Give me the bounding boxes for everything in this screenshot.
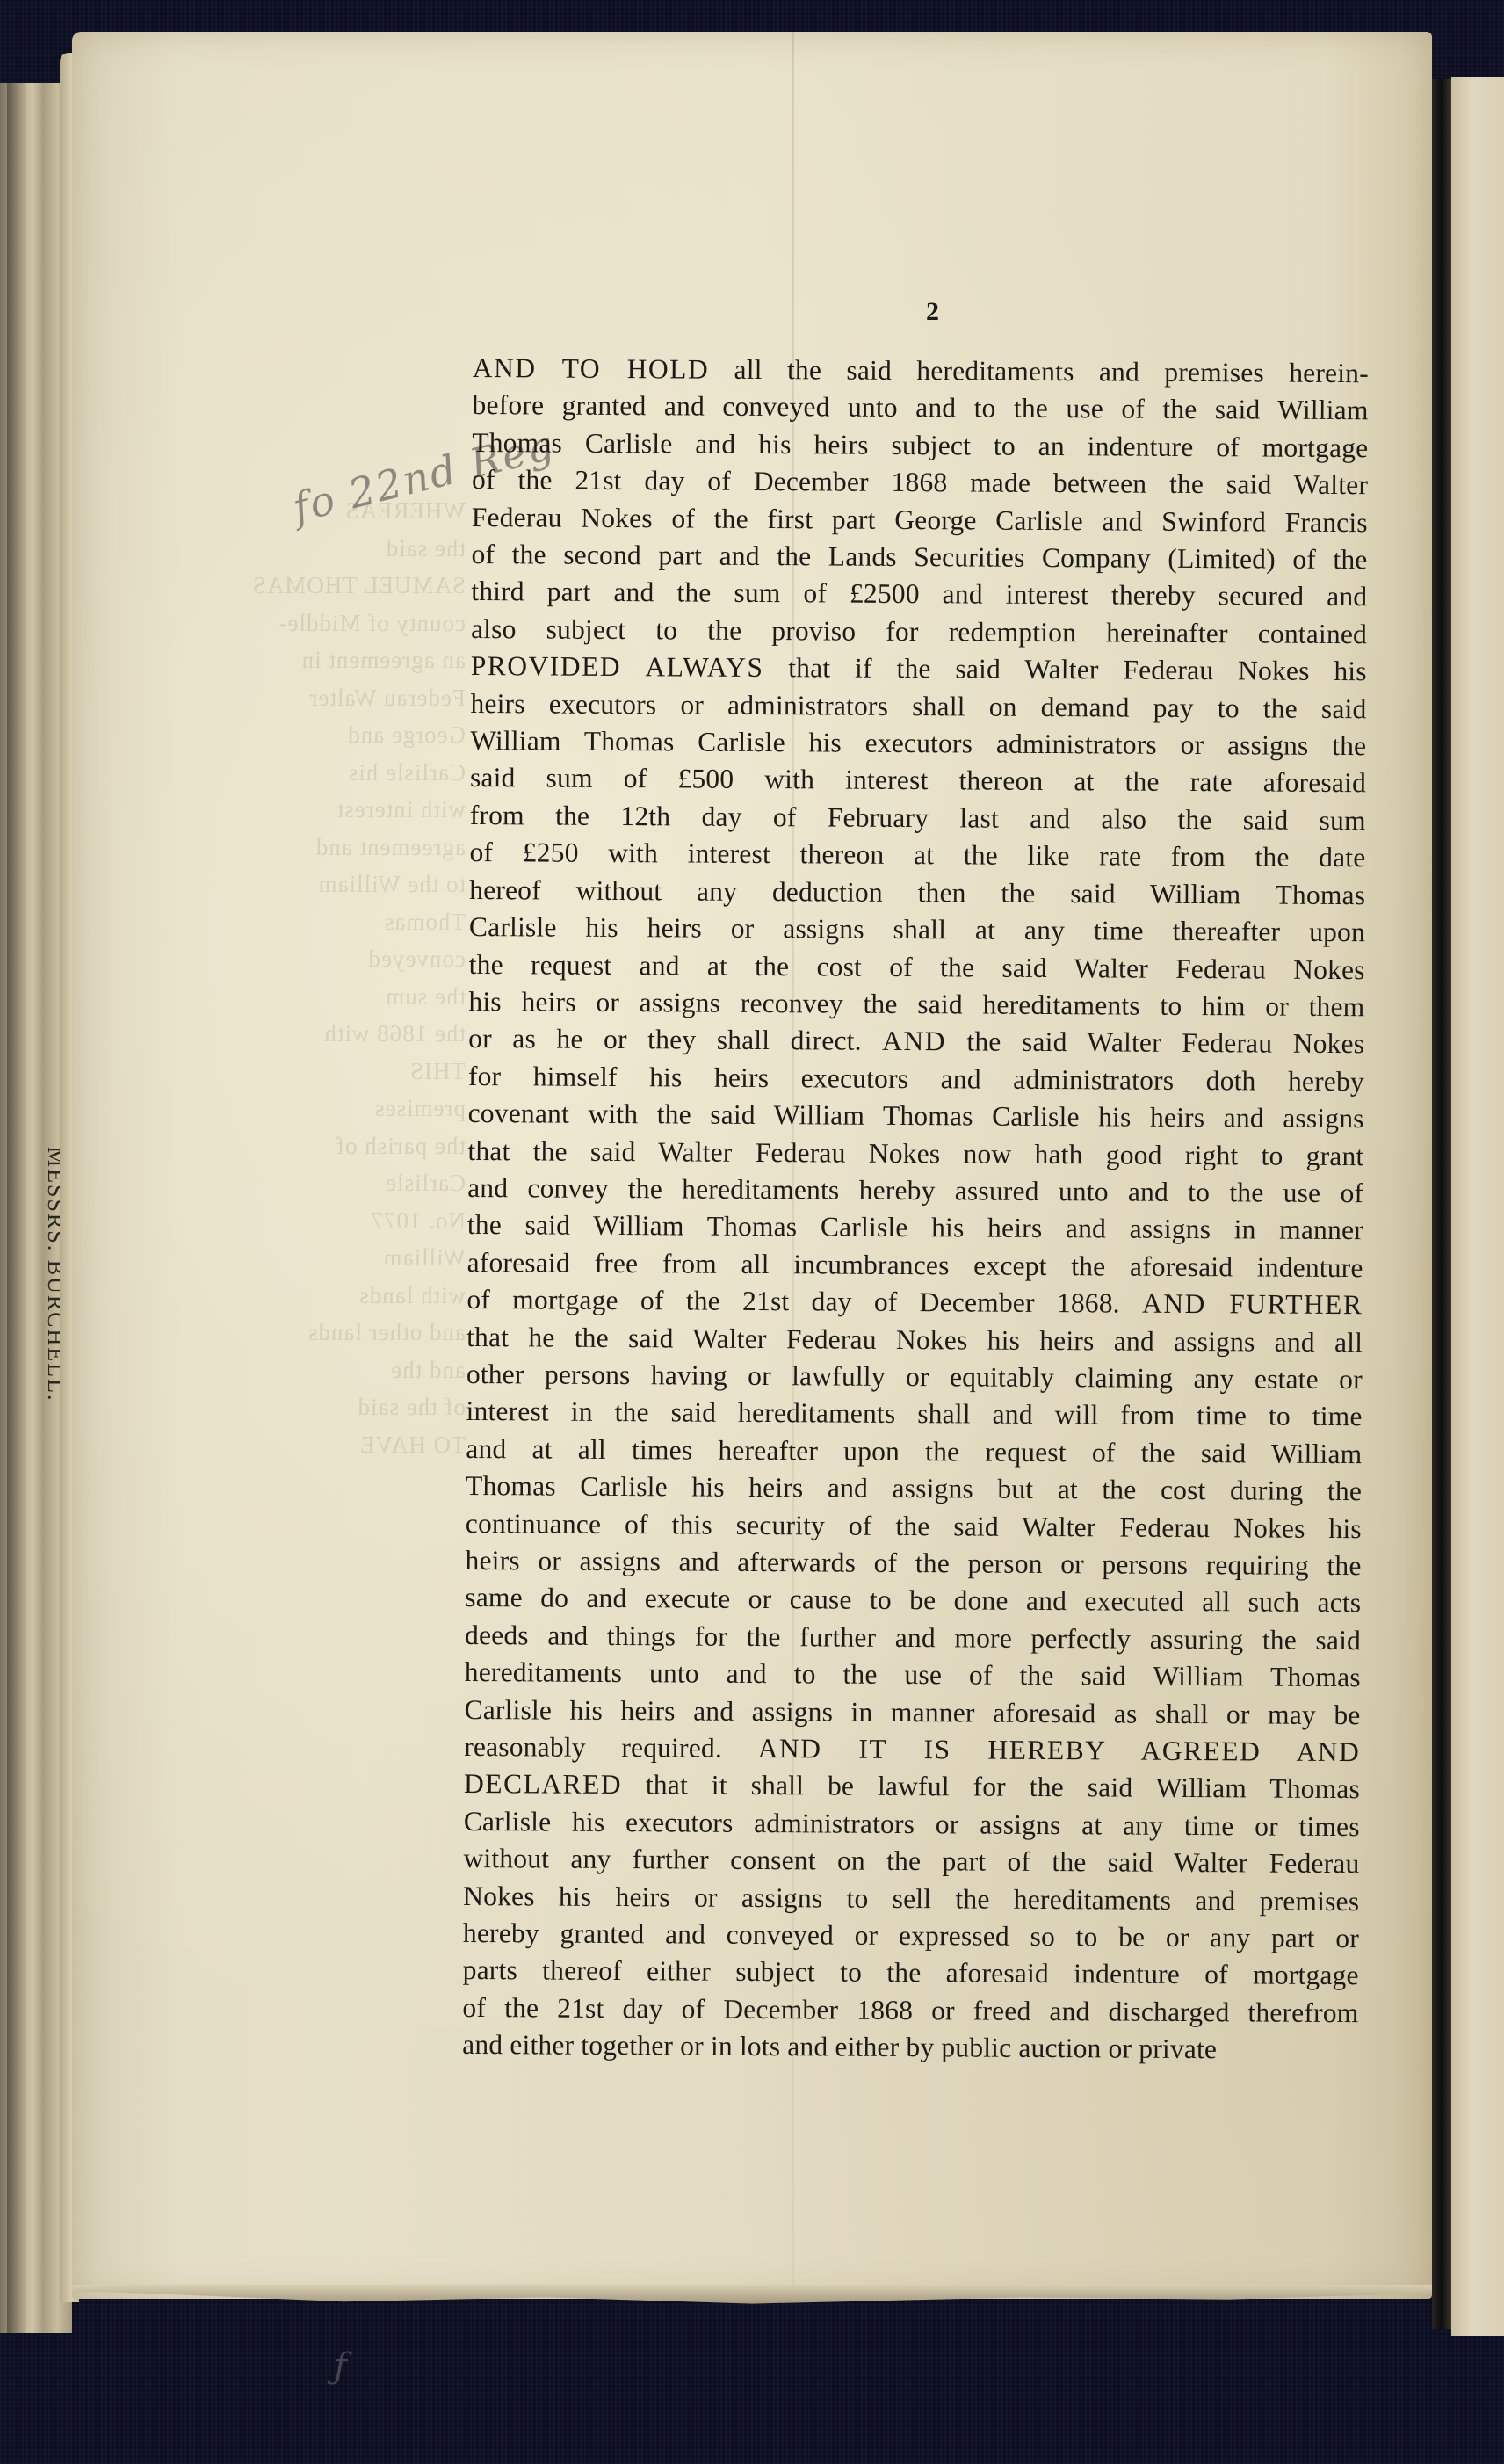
text-segment: heirs or assigns and afterwards of the p… (465, 1545, 1361, 1581)
text-line: that the said Walter Federau Nokes now h… (467, 1133, 1363, 1176)
pencil-mark: ƒ (334, 2346, 347, 2387)
page-fold-shadow (7, 83, 26, 2333)
text-segment: and convey the hereditaments hereby assu… (467, 1172, 1363, 1208)
text-segment: of the 21st day of December 1868 made be… (472, 464, 1368, 500)
ghost-line: county of Middle- (176, 605, 466, 642)
text-line: of mortgage of the 21st day of December … (466, 1281, 1363, 1324)
text-segment: aforesaid free from all incumbrances exc… (467, 1247, 1363, 1283)
text-line: hereditaments unto and to the use of the… (465, 1654, 1361, 1697)
ghost-line: Federau Walter (176, 679, 466, 717)
text-segment: also subject to the proviso for redempti… (471, 613, 1367, 649)
ghost-line: an agreement in (176, 641, 466, 679)
text-line: hereof without any deduction then the sa… (469, 872, 1365, 915)
text-line: other persons having or lawfully or equi… (466, 1356, 1363, 1399)
text-segment: heirs executors or administrators shall … (470, 688, 1366, 724)
text-segment: or as he or they shall direct. (468, 1023, 882, 1056)
text-line: Carlisle his executors administrators or… (464, 1803, 1360, 1846)
ghost-line: No. 1077 (176, 1202, 466, 1240)
text-segment: that it shall be lawful for the said Wil… (622, 1770, 1360, 1805)
text-segment: that the said Walter Federau Nokes now h… (467, 1135, 1363, 1171)
ghost-line: Thomas (176, 903, 466, 941)
text-segment: for himself his heirs executors and admi… (468, 1061, 1364, 1097)
text-line: of the 21st day of December 1868 made be… (472, 461, 1368, 504)
ghost-line: TO HAVE (176, 1426, 466, 1464)
text-segment: the said Walter Federau Nokes (946, 1026, 1364, 1060)
text-line: covenant with the said William Thomas Ca… (468, 1095, 1364, 1138)
text-segment: interest in the said hereditaments shall… (466, 1395, 1363, 1431)
ghost-line: THIS (176, 1053, 466, 1091)
text-line: the request and at the cost of the said … (469, 946, 1365, 989)
text-segment: Thomas Carlisle and his heirs subject to… (472, 427, 1368, 463)
text-line: for himself his heirs executors and admi… (468, 1058, 1364, 1101)
text-segment: Carlisle his heirs and assigns in manner… (464, 1694, 1360, 1730)
text-segment: parts thereof either subject to the afor… (463, 1954, 1359, 1990)
text-line: Nokes his heirs or assigns to sell the h… (463, 1878, 1359, 1921)
text-line: from the 12th day of February last and a… (470, 797, 1366, 840)
text-line: and convey the hereditaments hereby assu… (467, 1170, 1363, 1213)
text-segment: and either together or in lots and eithe… (462, 2029, 1217, 2064)
text-line: and either together or in lots and eithe… (462, 2026, 1358, 2069)
text-line: of £250 with interest thereon at the lik… (469, 834, 1365, 877)
text-line: interest in the said hereditaments shall… (466, 1393, 1362, 1436)
text-line: same do and execute or cause to be done … (465, 1579, 1361, 1622)
emphasized-caps-text: AND TO HOLD (473, 352, 710, 385)
text-line: heirs executors or administrators shall … (470, 685, 1366, 728)
text-segment: hereof without any deduction then the sa… (469, 874, 1365, 910)
emphasized-caps-text: DECLARED (464, 1768, 622, 1800)
text-line: or as he or they shall direct. AND the s… (468, 1020, 1364, 1063)
next-page-edge (1451, 77, 1504, 2336)
text-segment: Federau Nokes of the first part George C… (472, 502, 1368, 538)
text-line: reasonably required. AND IT IS HEREBY AG… (464, 1728, 1360, 1772)
text-line: continuance of this security of the said… (466, 1505, 1362, 1548)
text-line: hereby granted and conveyed or expressed… (463, 1915, 1359, 1958)
text-segment: the request and at the cost of the said … (469, 948, 1365, 984)
ghost-line: premises (176, 1090, 466, 1127)
text-segment: of the second part and the Lands Securit… (471, 539, 1367, 575)
text-line: DECLARED that it shall be lawful for the… (464, 1765, 1360, 1808)
text-line: deeds and things for the further and mor… (465, 1617, 1361, 1660)
text-segment: Nokes his heirs or assigns to sell the h… (463, 1881, 1359, 1917)
text-segment: deeds and things for the further and mor… (465, 1620, 1361, 1656)
ghost-line: conveyed (176, 940, 466, 978)
text-segment: that he the said Walter Federau Nokes hi… (466, 1322, 1363, 1358)
text-segment: said sum of £500 with interest thereon a… (470, 762, 1366, 798)
text-line: before granted and conveyed unto and to … (472, 387, 1368, 430)
text-segment: hereditaments unto and to the use of the… (465, 1656, 1361, 1692)
show-through-text: WHEREASthe saidSAMUEL THOMAScounty of Mi… (176, 492, 466, 1463)
text-segment: third part and the sum of £2500 and inte… (471, 576, 1367, 612)
text-segment: hereby granted and conveyed or expressed… (463, 1917, 1359, 1953)
text-segment: same do and execute or cause to be done … (465, 1582, 1361, 1618)
text-line: parts thereof either subject to the afor… (463, 1952, 1359, 1995)
text-line: aforesaid free from all incumbrances exc… (467, 1244, 1363, 1287)
text-segment: other persons having or lawfully or equi… (466, 1359, 1363, 1395)
text-line: William Thomas Carlisle his executors ad… (470, 722, 1366, 765)
ghost-line: the sum (176, 978, 466, 1016)
ghost-line: the said (176, 530, 466, 568)
text-line: Thomas Carlisle his heirs and assigns bu… (466, 1468, 1362, 1511)
ghost-line: to the William (176, 866, 466, 903)
text-segment: all the said hereditaments and premises … (709, 354, 1369, 389)
ghost-line: and the (176, 1352, 466, 1389)
text-line: PROVIDED ALWAYS that if the said Walter … (471, 648, 1367, 691)
emphasized-caps-text: AND IT IS HEREBY AGREED AND (758, 1733, 1361, 1767)
book-gutter (1432, 79, 1451, 2329)
text-segment: of £250 with interest thereon at the lik… (469, 837, 1365, 873)
text-line: said sum of £500 with interest thereon a… (470, 759, 1366, 802)
text-line: third part and the sum of £2500 and inte… (471, 573, 1367, 616)
text-segment: Carlisle his heirs or assigns shall at a… (469, 911, 1365, 947)
ghost-line: of the said (176, 1388, 466, 1426)
ghost-line: the parish of (176, 1127, 466, 1165)
text-segment: his heirs or assigns reconvey the said h… (468, 986, 1364, 1022)
text-segment: without any further consent on the part … (463, 1843, 1359, 1879)
text-segment: of mortgage of the 21st day of December … (466, 1284, 1142, 1319)
ghost-line: Carlisle his (176, 754, 466, 792)
text-line: also subject to the proviso for redempti… (471, 611, 1367, 654)
ghost-line: with lands (176, 1277, 466, 1315)
ghost-line: the 1868 with (176, 1015, 466, 1053)
text-segment: the said William Thomas Carlisle his hei… (467, 1209, 1363, 1245)
text-segment: from the 12th day of February last and a… (470, 800, 1366, 836)
text-line: and at all times hereafter upon the requ… (466, 1431, 1362, 1474)
text-line: of the second part and the Lands Securit… (471, 536, 1367, 579)
text-segment: Thomas Carlisle his heirs and assigns bu… (466, 1470, 1362, 1506)
text-line: that he the said Walter Federau Nokes hi… (466, 1319, 1363, 1362)
text-segment: reasonably required. (464, 1731, 758, 1764)
text-line: Thomas Carlisle and his heirs subject to… (472, 424, 1368, 467)
text-segment: covenant with the said William Thomas Ca… (468, 1098, 1364, 1134)
text-line: the said William Thomas Carlisle his hei… (467, 1207, 1363, 1250)
text-segment: and at all times hereafter upon the requ… (466, 1433, 1362, 1469)
text-line: his heirs or assigns reconvey the said h… (468, 983, 1364, 1026)
text-segment: William Thomas Carlisle his executors ad… (470, 725, 1366, 761)
text-segment: Carlisle his executors administrators or… (464, 1806, 1360, 1842)
ghost-line: William (176, 1239, 466, 1277)
text-segment: before granted and conveyed unto and to … (473, 389, 1369, 425)
deed-body-text: AND TO HOLD all the said hereditaments a… (462, 350, 1369, 2069)
text-segment: continuance of this security of the said… (466, 1508, 1362, 1544)
text-line: Carlisle his heirs or assigns shall at a… (469, 909, 1365, 952)
text-segment: that if the said Walter Federau Nokes hi… (763, 652, 1367, 686)
ghost-line: George and (176, 716, 466, 754)
emphasized-caps-text: PROVIDED ALWAYS (471, 650, 764, 683)
page-number: 2 (926, 297, 939, 327)
text-line: Carlisle his heirs and assigns in manner… (464, 1692, 1360, 1735)
emphasized-caps-text: AND (882, 1025, 946, 1056)
ghost-line: Carlisle (176, 1164, 466, 1202)
text-segment: of the 21st day of December 1868 or free… (462, 1992, 1358, 2028)
text-line: of the 21st day of December 1868 or free… (462, 1989, 1358, 2033)
ghost-line: and other lands (176, 1314, 466, 1352)
ghost-line: agreement and (176, 829, 466, 866)
emphasized-caps-text: AND FURTHER (1142, 1288, 1363, 1321)
text-line: without any further consent on the part … (463, 1840, 1359, 1883)
ghost-line: with interest (176, 791, 466, 829)
ghost-line: SAMUEL THOMAS (176, 567, 466, 605)
text-line: AND TO HOLD all the said hereditaments a… (473, 350, 1369, 393)
text-line: heirs or assigns and afterwards of the p… (465, 1542, 1361, 1585)
text-line: Federau Nokes of the first part George C… (472, 499, 1368, 542)
